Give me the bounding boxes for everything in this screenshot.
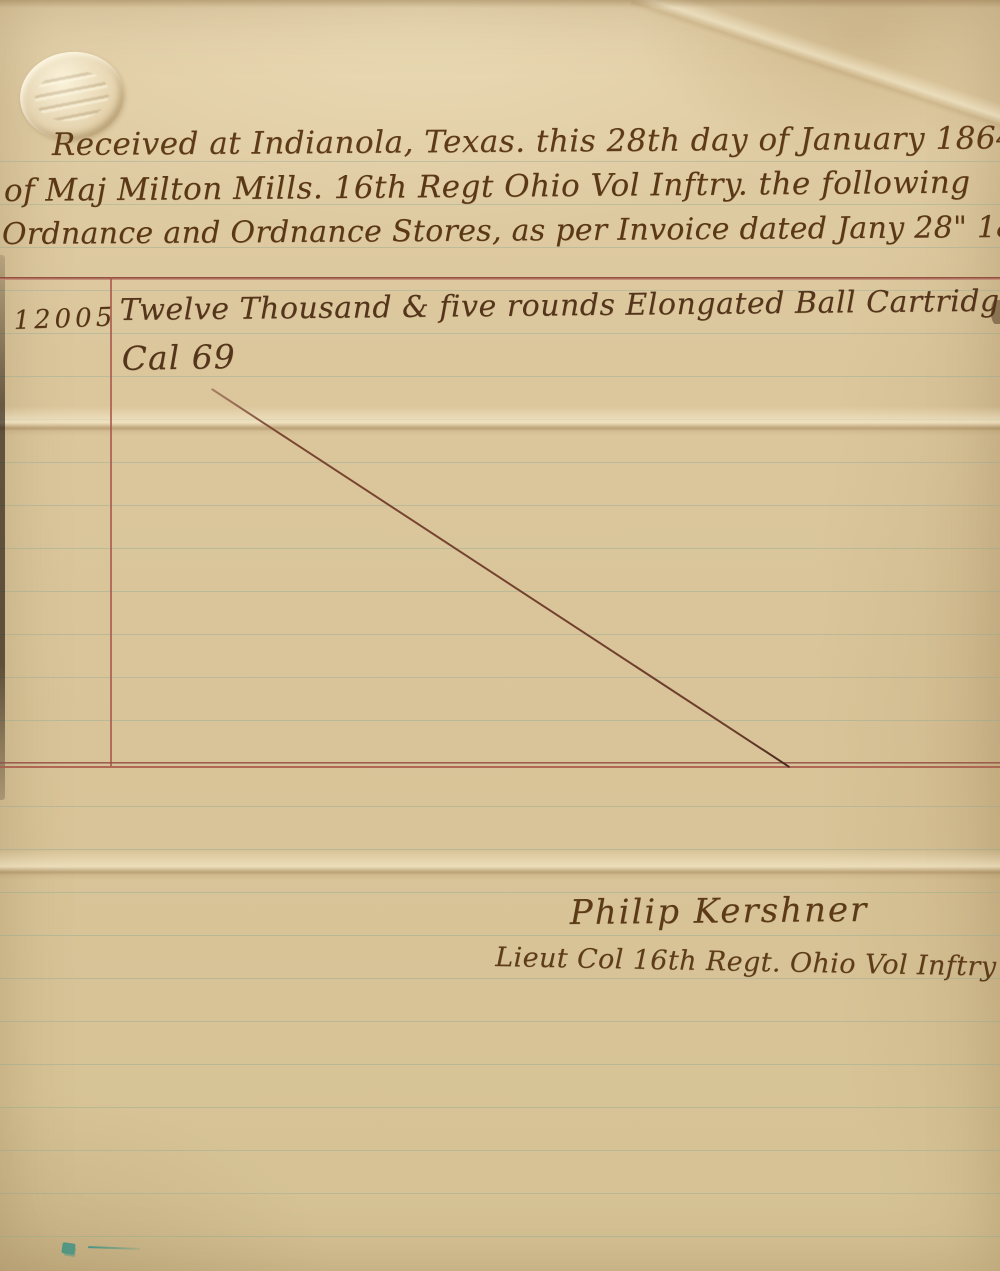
entry-caliber: Cal 69 — [121, 340, 236, 375]
table-top-rule — [0, 277, 1000, 280]
scanned-document-page: Received at Indianola, Texas. this 28th … — [0, 0, 1000, 1271]
teal-ink-line — [88, 1246, 140, 1250]
signature-title: Lieut Col 16th Regt. Ohio Vol Inftry — [495, 944, 997, 981]
table-column-rule — [110, 277, 112, 766]
header-line-3: Ordnance and Ordnance Stores, as per Inv… — [2, 213, 1000, 250]
table-bottom-rule — [0, 762, 1000, 769]
entry-number: 12005 — [13, 304, 117, 334]
entry-description: Twelve Thousand & five rounds Elongated … — [120, 286, 1000, 326]
signature-name: Philip Kershner — [570, 893, 869, 930]
fold-crease-upper — [0, 406, 1000, 436]
cross-out-stroke — [211, 388, 790, 768]
header-line-1: Received at Indianola, Texas. this 28th … — [52, 123, 1000, 161]
fold-crease-lower — [0, 850, 1000, 880]
teal-ink-mark — [61, 1242, 75, 1255]
header-line-2: of Maj Milton Mills. 16th Regt Ohio Vol … — [4, 168, 971, 207]
scan-edge-top — [0, 0, 1000, 8]
scan-edge-left — [0, 255, 5, 800]
seal-ridges — [32, 67, 112, 125]
